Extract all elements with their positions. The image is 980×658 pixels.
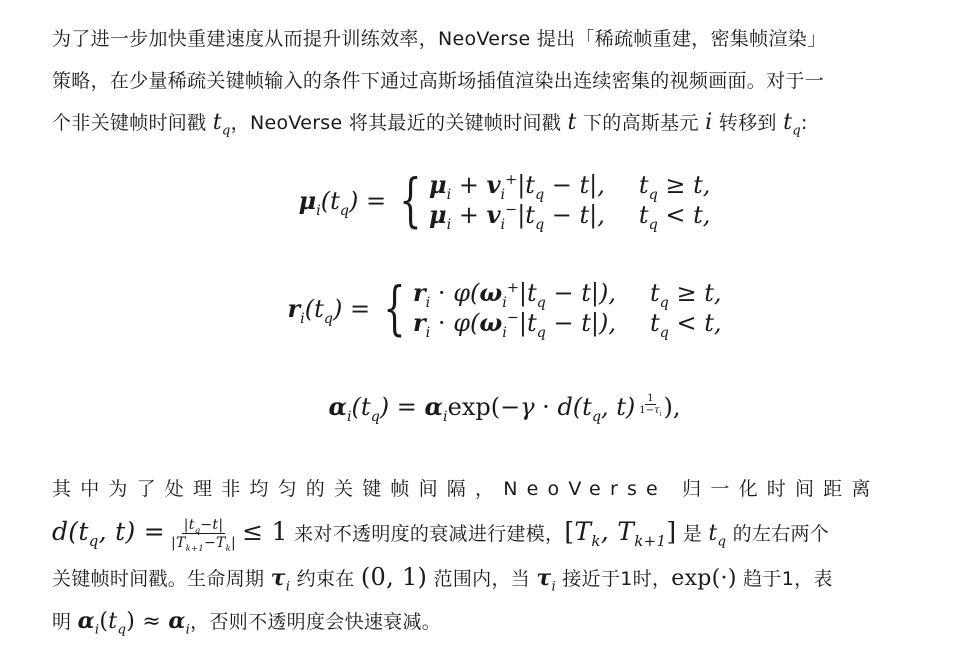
equation-r: ri(tq) = { ri · φ(ωi+|tq − t|), tq ≥ t, … bbox=[52, 278, 957, 338]
explanation-text: 的左右两个 bbox=[726, 523, 829, 545]
explanation-paragraph: 其中为了处理非均匀的关键帧间隔，NeoVerse 归一化时间距离 d(tq, t… bbox=[52, 468, 957, 643]
math-t: t bbox=[567, 110, 576, 135]
intro-paragraph: 为了进一步加快重建速度从而提升训练效率，NeoVerse 提出「稀疏帧重建，密集… bbox=[52, 18, 957, 144]
intro-line-3-text: 转移到 bbox=[712, 112, 783, 134]
math-tq: tq bbox=[783, 110, 801, 135]
explanation-text: ，否则不透明度会快速衰减。 bbox=[190, 611, 441, 633]
distance-fraction: |tq−t||Tk+1−Tk| bbox=[169, 517, 238, 552]
explanation-line-4: 明 αi(tq) ≈ αi，否则不透明度会快速衰减。 bbox=[52, 600, 957, 643]
math-tq: tq bbox=[213, 110, 231, 135]
alpha-approx-math: αi(tq) ≈ αi bbox=[78, 609, 191, 634]
explanation-text: 接近于1时， bbox=[556, 568, 671, 590]
exponent-fraction: 11−τi bbox=[637, 394, 663, 416]
equation-alpha: αi(tq) = αiexp(−γ · d(tq, t)11−τi), bbox=[52, 392, 957, 421]
r-case-1-expr: ri · φ(ωi+|tq − t|), bbox=[413, 278, 616, 308]
math-tau: τi bbox=[536, 565, 556, 591]
interval-math: [Tk, Tk+1] bbox=[564, 517, 676, 546]
explanation-text: 来对不透明度的衰减进行建模， bbox=[288, 523, 565, 545]
equation-mu: μi(tq) = { μi + vi+|tq − t|, tq ≥ t, μi … bbox=[52, 170, 957, 230]
equation-alpha-expr: αi(tq) = αiexp(−γ · d(tq, t)11−τi), bbox=[328, 393, 680, 421]
mu-case-1-expr: μi + vi+|tq − t|, bbox=[429, 170, 605, 200]
math-tq: tq bbox=[708, 521, 726, 546]
explanation-text: 趋于1，表 bbox=[737, 568, 833, 590]
leq-one: ≤ 1 bbox=[242, 517, 288, 546]
article-body: 为了进一步加快重建速度从而提升训练效率，NeoVerse 提出「稀疏帧重建，密集… bbox=[52, 18, 957, 144]
r-case-2-cond: tq < t, bbox=[650, 308, 722, 338]
intro-line-1: 为了进一步加快重建速度从而提升训练效率，NeoVerse 提出「稀疏帧重建，密集… bbox=[52, 28, 826, 50]
explanation-text: 关键帧时间戳。生命周期 bbox=[52, 568, 271, 590]
mu-case-2-expr: μi + vi−|tq − t|, bbox=[429, 200, 605, 230]
mu-case-2-cond: tq < t, bbox=[639, 200, 711, 230]
intro-line-3-text: ，NeoVerse 将其最近的关键帧时间戳 bbox=[231, 112, 568, 134]
intro-line-2: 策略，在少量稀疏关键帧输入的条件下通过高斯场插值渲染出连续密集的视频画面。对于一 bbox=[52, 70, 824, 92]
range-math: (0, 1) bbox=[361, 563, 427, 591]
explanation-line-2: d(tq, t) =|tq−t||Tk+1−Tk|≤ 1 来对不透明度的衰减进行… bbox=[52, 510, 957, 556]
explanation-text: 约束在 bbox=[290, 568, 361, 590]
math-tau: τi bbox=[271, 565, 291, 591]
left-brace: { bbox=[383, 279, 405, 337]
explanation-text: 范围内，当 bbox=[427, 568, 536, 590]
explanation-line-3: 关键帧时间戳。生命周期 τi 约束在 (0, 1) 范围内，当 τi 接近于1时… bbox=[52, 556, 957, 600]
intro-line-3-text: : bbox=[801, 112, 808, 134]
equation-mu-cases: μi + vi+|tq − t|, tq ≥ t, μi + vi−|tq − … bbox=[429, 170, 710, 230]
intro-line-3-text: 下的高斯基元 bbox=[577, 112, 705, 134]
r-case-1-cond: tq ≥ t, bbox=[650, 278, 722, 308]
exp-math: exp(·) bbox=[671, 566, 736, 591]
explanation-text: 明 bbox=[52, 611, 78, 633]
equation-r-lhs: ri(tq) = bbox=[288, 294, 371, 323]
equation-r-cases: ri · φ(ωi+|tq − t|), tq ≥ t, ri · φ(ωi−|… bbox=[413, 278, 721, 338]
r-case-2-expr: ri · φ(ωi−|tq − t|), bbox=[413, 308, 616, 338]
left-brace: { bbox=[399, 171, 421, 229]
intro-line-3-text: 个非关键帧时间戳 bbox=[52, 112, 213, 134]
mu-case-1-cond: tq ≥ t, bbox=[639, 170, 711, 200]
equation-mu-lhs: μi(tq) = bbox=[299, 186, 387, 215]
explanation-line-1: 其中为了处理非均匀的关键帧间隔，NeoVerse 归一化时间距离 bbox=[52, 468, 957, 510]
distance-formula: d(tq, t) = bbox=[52, 517, 165, 546]
explanation-text: 是 bbox=[676, 523, 708, 545]
